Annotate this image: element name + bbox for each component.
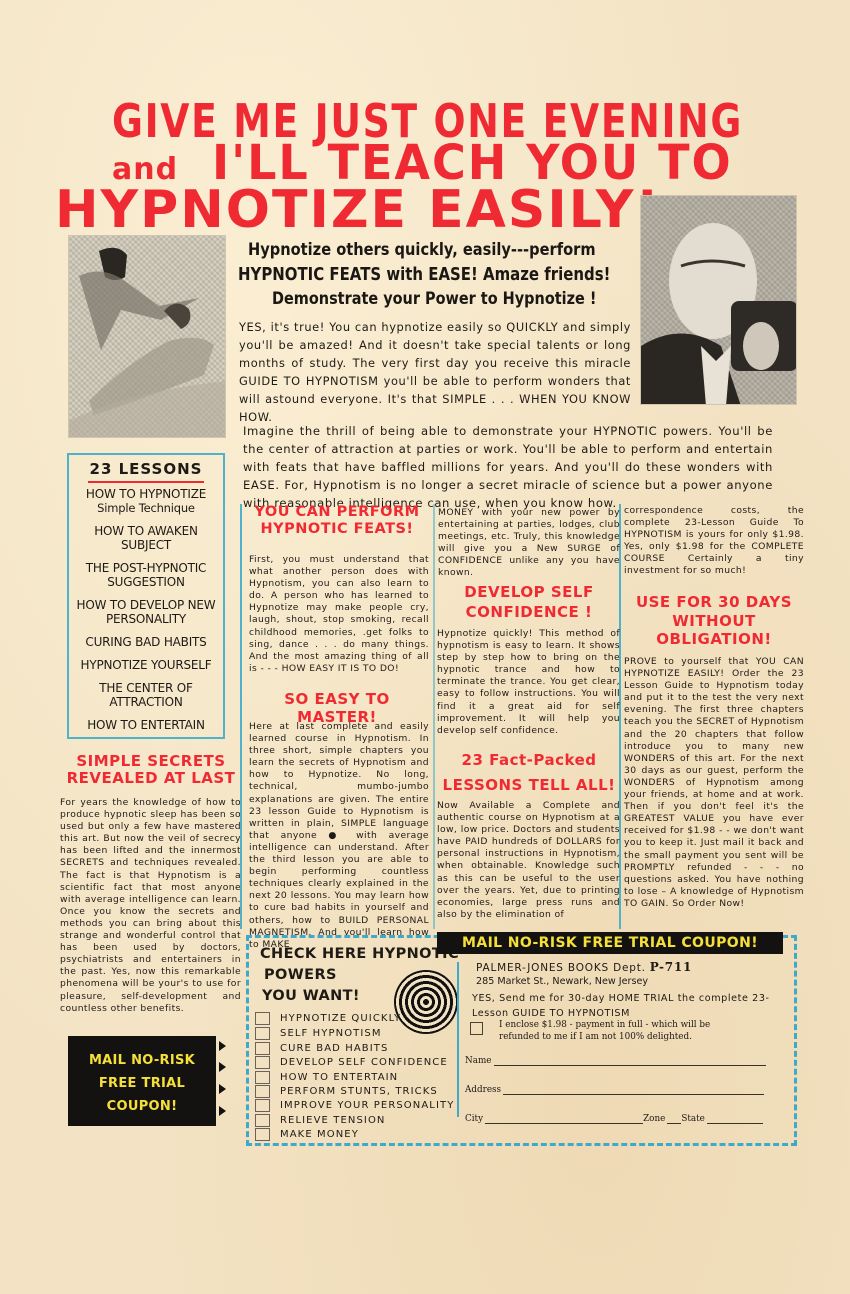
hypnotist-portrait-photo bbox=[640, 195, 797, 405]
prove-paragraph: PROVE to yourself that YOU CAN HYPNOTIZE… bbox=[624, 656, 804, 910]
lesson-item: HOW TO AWAKEN SUBJECT bbox=[69, 524, 223, 552]
arrow-right-icon bbox=[219, 1084, 226, 1094]
imagine-paragraph: Imagine the thrill of being able to demo… bbox=[243, 422, 773, 512]
subhead-line-3: Demonstrate your Power to Hypnotize ! bbox=[272, 289, 596, 309]
thirty-days-heading: USE FOR 30 DAYS WITHOUT OBLIGATION! bbox=[624, 593, 804, 649]
checkbox[interactable] bbox=[255, 1071, 270, 1084]
checkbox[interactable] bbox=[255, 1114, 270, 1127]
option-develop-self-confidence[interactable]: DEVELOP SELF CONFIDENCE bbox=[255, 1055, 448, 1070]
lesson-item: HOW TO ENTERTAIN bbox=[69, 718, 223, 732]
lessons-title: 23 LESSONS bbox=[69, 460, 223, 478]
checkbox[interactable] bbox=[255, 1027, 270, 1040]
price-paragraph: correspondence costs, the complete 23-Le… bbox=[624, 505, 804, 578]
option-self-hypnotism[interactable]: SELF HYPNOTISM bbox=[255, 1026, 382, 1041]
easy-to-master-body: Here at last complete and easily learned… bbox=[249, 721, 429, 951]
name-field[interactable]: Name bbox=[465, 1056, 766, 1066]
secrets-body: For years the knowledge of how to produc… bbox=[60, 797, 241, 1015]
lessons-list-box: 23 LESSONS HOW TO HYPNOTIZE Simple Techn… bbox=[67, 453, 225, 739]
mail-coupon-callout: MAIL NO-RISK FREE TRIAL COUPON! bbox=[68, 1036, 216, 1126]
fact-packed-heading: 23 Fact-Packed LESSONS TELL ALL! bbox=[438, 748, 620, 798]
state-input-line[interactable] bbox=[707, 1114, 763, 1124]
money-paragraph: MONEY with your new power by entertainin… bbox=[438, 507, 620, 580]
arrow-right-icon bbox=[219, 1062, 226, 1072]
company-name: PALMER-JONES BOOKS Dept.P-711 bbox=[476, 960, 692, 974]
coupon-divider bbox=[457, 962, 459, 1117]
option-how-to-entertain[interactable]: HOW TO ENTERTAIN bbox=[255, 1070, 398, 1085]
fact-packed-body: Now Available a Complete and authentic c… bbox=[437, 800, 620, 921]
perform-feats-heading: YOU CAN PERFORM HYPNOTIC FEATS! bbox=[244, 504, 430, 538]
address-field[interactable]: Address bbox=[465, 1085, 764, 1095]
lesson-item: CURING BAD HABITS bbox=[69, 635, 223, 649]
company-address: 285 Market St., Newark, New Jersey bbox=[476, 976, 648, 987]
arrow-right-icon bbox=[219, 1106, 226, 1116]
checkbox[interactable] bbox=[255, 1042, 270, 1055]
self-confidence-body: Hypnotize quickly! This method of hypnot… bbox=[437, 628, 620, 737]
portrait-icon bbox=[641, 196, 797, 405]
zone-input-line[interactable] bbox=[667, 1114, 681, 1124]
option-make-money[interactable]: MAKE MONEY bbox=[255, 1127, 359, 1142]
checkbox[interactable] bbox=[255, 1128, 270, 1141]
column-divider bbox=[240, 504, 242, 929]
option-cure-bad-habits[interactable]: CURE BAD HABITS bbox=[255, 1041, 388, 1056]
address-input-line[interactable] bbox=[503, 1085, 764, 1095]
subhead-line-1: Hypnotize others quickly, easily---perfo… bbox=[248, 240, 596, 260]
checkbox[interactable] bbox=[255, 1099, 270, 1112]
column-divider bbox=[433, 504, 435, 929]
option-relieve-tension[interactable]: RELIEVE TENSION bbox=[255, 1113, 386, 1128]
hypnotist-illustration bbox=[68, 235, 226, 438]
headline-line-3: HYPNOTIZE EASILY! bbox=[55, 180, 661, 240]
option-perform-stunts[interactable]: PERFORM STUNTS, TRICKS bbox=[255, 1084, 438, 1099]
hypnotic-spiral-icon bbox=[394, 970, 458, 1034]
perform-feats-body: First, you must understand that what ano… bbox=[249, 554, 429, 675]
checkbox[interactable] bbox=[255, 1056, 270, 1069]
lesson-item: THE CENTER OF ATTRACTION bbox=[69, 681, 223, 709]
intro-paragraph: YES, it's true! You can hypnotize easily… bbox=[239, 318, 631, 426]
enclose-payment-checkbox[interactable] bbox=[470, 1022, 483, 1035]
city-zone-state-field[interactable]: City Zone State bbox=[465, 1114, 763, 1124]
city-input-line[interactable] bbox=[485, 1114, 643, 1124]
enclose-payment-text: I enclose $1.98 - payment in full - whic… bbox=[499, 1019, 710, 1043]
arrow-right-icon bbox=[219, 1041, 226, 1051]
checkbox[interactable] bbox=[255, 1085, 270, 1098]
illustration-drawing-icon bbox=[69, 236, 226, 438]
lesson-item: HOW TO DEVELOP NEW PERSONALITY bbox=[69, 598, 223, 626]
lesson-item: THE POST-HYPNOTIC SUGGESTION bbox=[69, 561, 223, 589]
lessons-title-underline bbox=[88, 481, 204, 483]
order-statement: YES, Send me for 30-day HOME TRIAL the c… bbox=[472, 991, 790, 1021]
secrets-heading: SIMPLE SECRETS REVEALED AT LAST bbox=[60, 753, 242, 787]
lesson-item: HOW TO HYPNOTIZE Simple Technique bbox=[69, 487, 223, 515]
name-input-line[interactable] bbox=[494, 1056, 766, 1066]
checkbox[interactable] bbox=[255, 1012, 270, 1025]
coupon-banner: MAIL NO-RISK FREE TRIAL COUPON! bbox=[437, 932, 783, 954]
option-hypnotize-quickly[interactable]: HYPNOTIZE QUICKLY bbox=[255, 1011, 401, 1026]
option-improve-personality[interactable]: IMPROVE YOUR PERSONALITY bbox=[255, 1098, 454, 1113]
self-confidence-heading: DEVELOP SELF CONFIDENCE ! bbox=[438, 582, 620, 622]
lesson-item: HYPNOTIZE YOURSELF bbox=[69, 658, 223, 672]
subhead-line-2: HYPNOTIC FEATS with EASE! Amaze friends! bbox=[238, 264, 610, 285]
